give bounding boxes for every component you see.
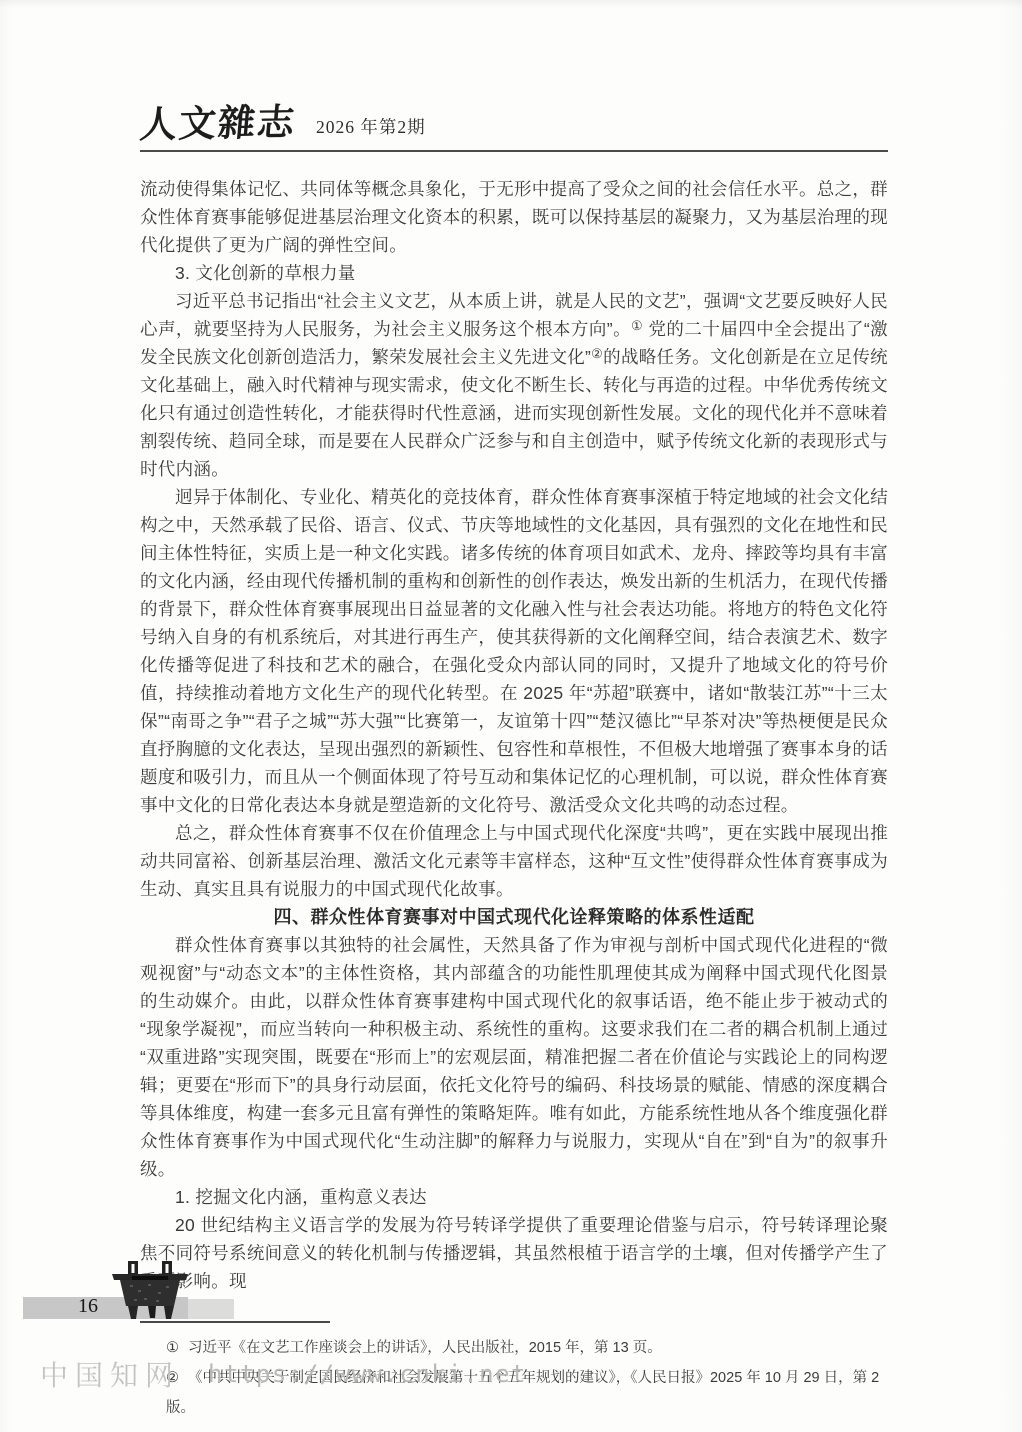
paragraph-summary: 总之，群众性体育赛事不仅在价值理念上与中国式现代化深度“共鸣”，更在实践中展现出… (140, 819, 888, 903)
subsection-heading-1: 1. 挖掘文化内涵，重构意义表达 (140, 1183, 888, 1211)
cnki-url: https://www.cnki.net (208, 1360, 527, 1388)
footnote-separator (140, 1321, 330, 1323)
cnki-site-name: 中国知网 (40, 1354, 180, 1394)
journal-logo: 人文雜志 (138, 105, 298, 145)
paragraph-semiotics: 20 世纪结构主义语言学的发展为符号转译学提供了重要理论借鉴与启示，符号转译理论… (140, 1211, 888, 1295)
footnote-ref-1: ① (631, 318, 643, 333)
paragraph-section-intro: 群众性体育赛事以其独特的社会属性，天然具备了作为审视与剖析中国式现代化进程的“微… (140, 931, 888, 1183)
page-content: 人文雜志 2026 年第2期 流动使得集体记忆、共同体等概念具象化，于无形中提高… (140, 106, 888, 1423)
subsection-heading-3: 3. 文化创新的草根力量 (140, 259, 888, 287)
issue-label: 2026 年第2期 (316, 114, 426, 143)
journal-header: 人文雜志 2026 年第2期 (140, 106, 888, 152)
paragraph-continuation: 流动使得集体记忆、共同体等概念具象化，于无形中提高了受众之间的社会信任水平。总之… (140, 175, 888, 259)
bronze-ding-icon (108, 1259, 192, 1321)
paragraph-grassroots-sports: 迥异于体制化、专业化、精英化的竞技体育，群众性体育赛事深植于特定地域的社会文化结… (140, 483, 888, 819)
article-body: 流动使得集体记忆、共同体等概念具象化，于无形中提高了受众之间的社会信任水平。总之… (140, 175, 888, 1295)
paragraph-culture-innovation: 习近平总书记指出“社会主义文艺，从本质上讲，就是人民的文艺”，强调“文艺要反映好… (140, 287, 888, 483)
scanned-journal-page: 人文雜志 2026 年第2期 流动使得集体记忆、共同体等概念具象化，于无形中提高… (0, 0, 1022, 1432)
footnote-ref-2: ② (591, 346, 603, 361)
section-heading-4: 四、群众性体育赛事对中国式现代化诠释策略的体系性适配 (140, 903, 888, 931)
cnki-watermark: 中国知网 https://www.cnki.net (40, 1354, 527, 1394)
page-number-bar-shadow (188, 1299, 234, 1319)
page-number: 16 (78, 1295, 98, 1318)
